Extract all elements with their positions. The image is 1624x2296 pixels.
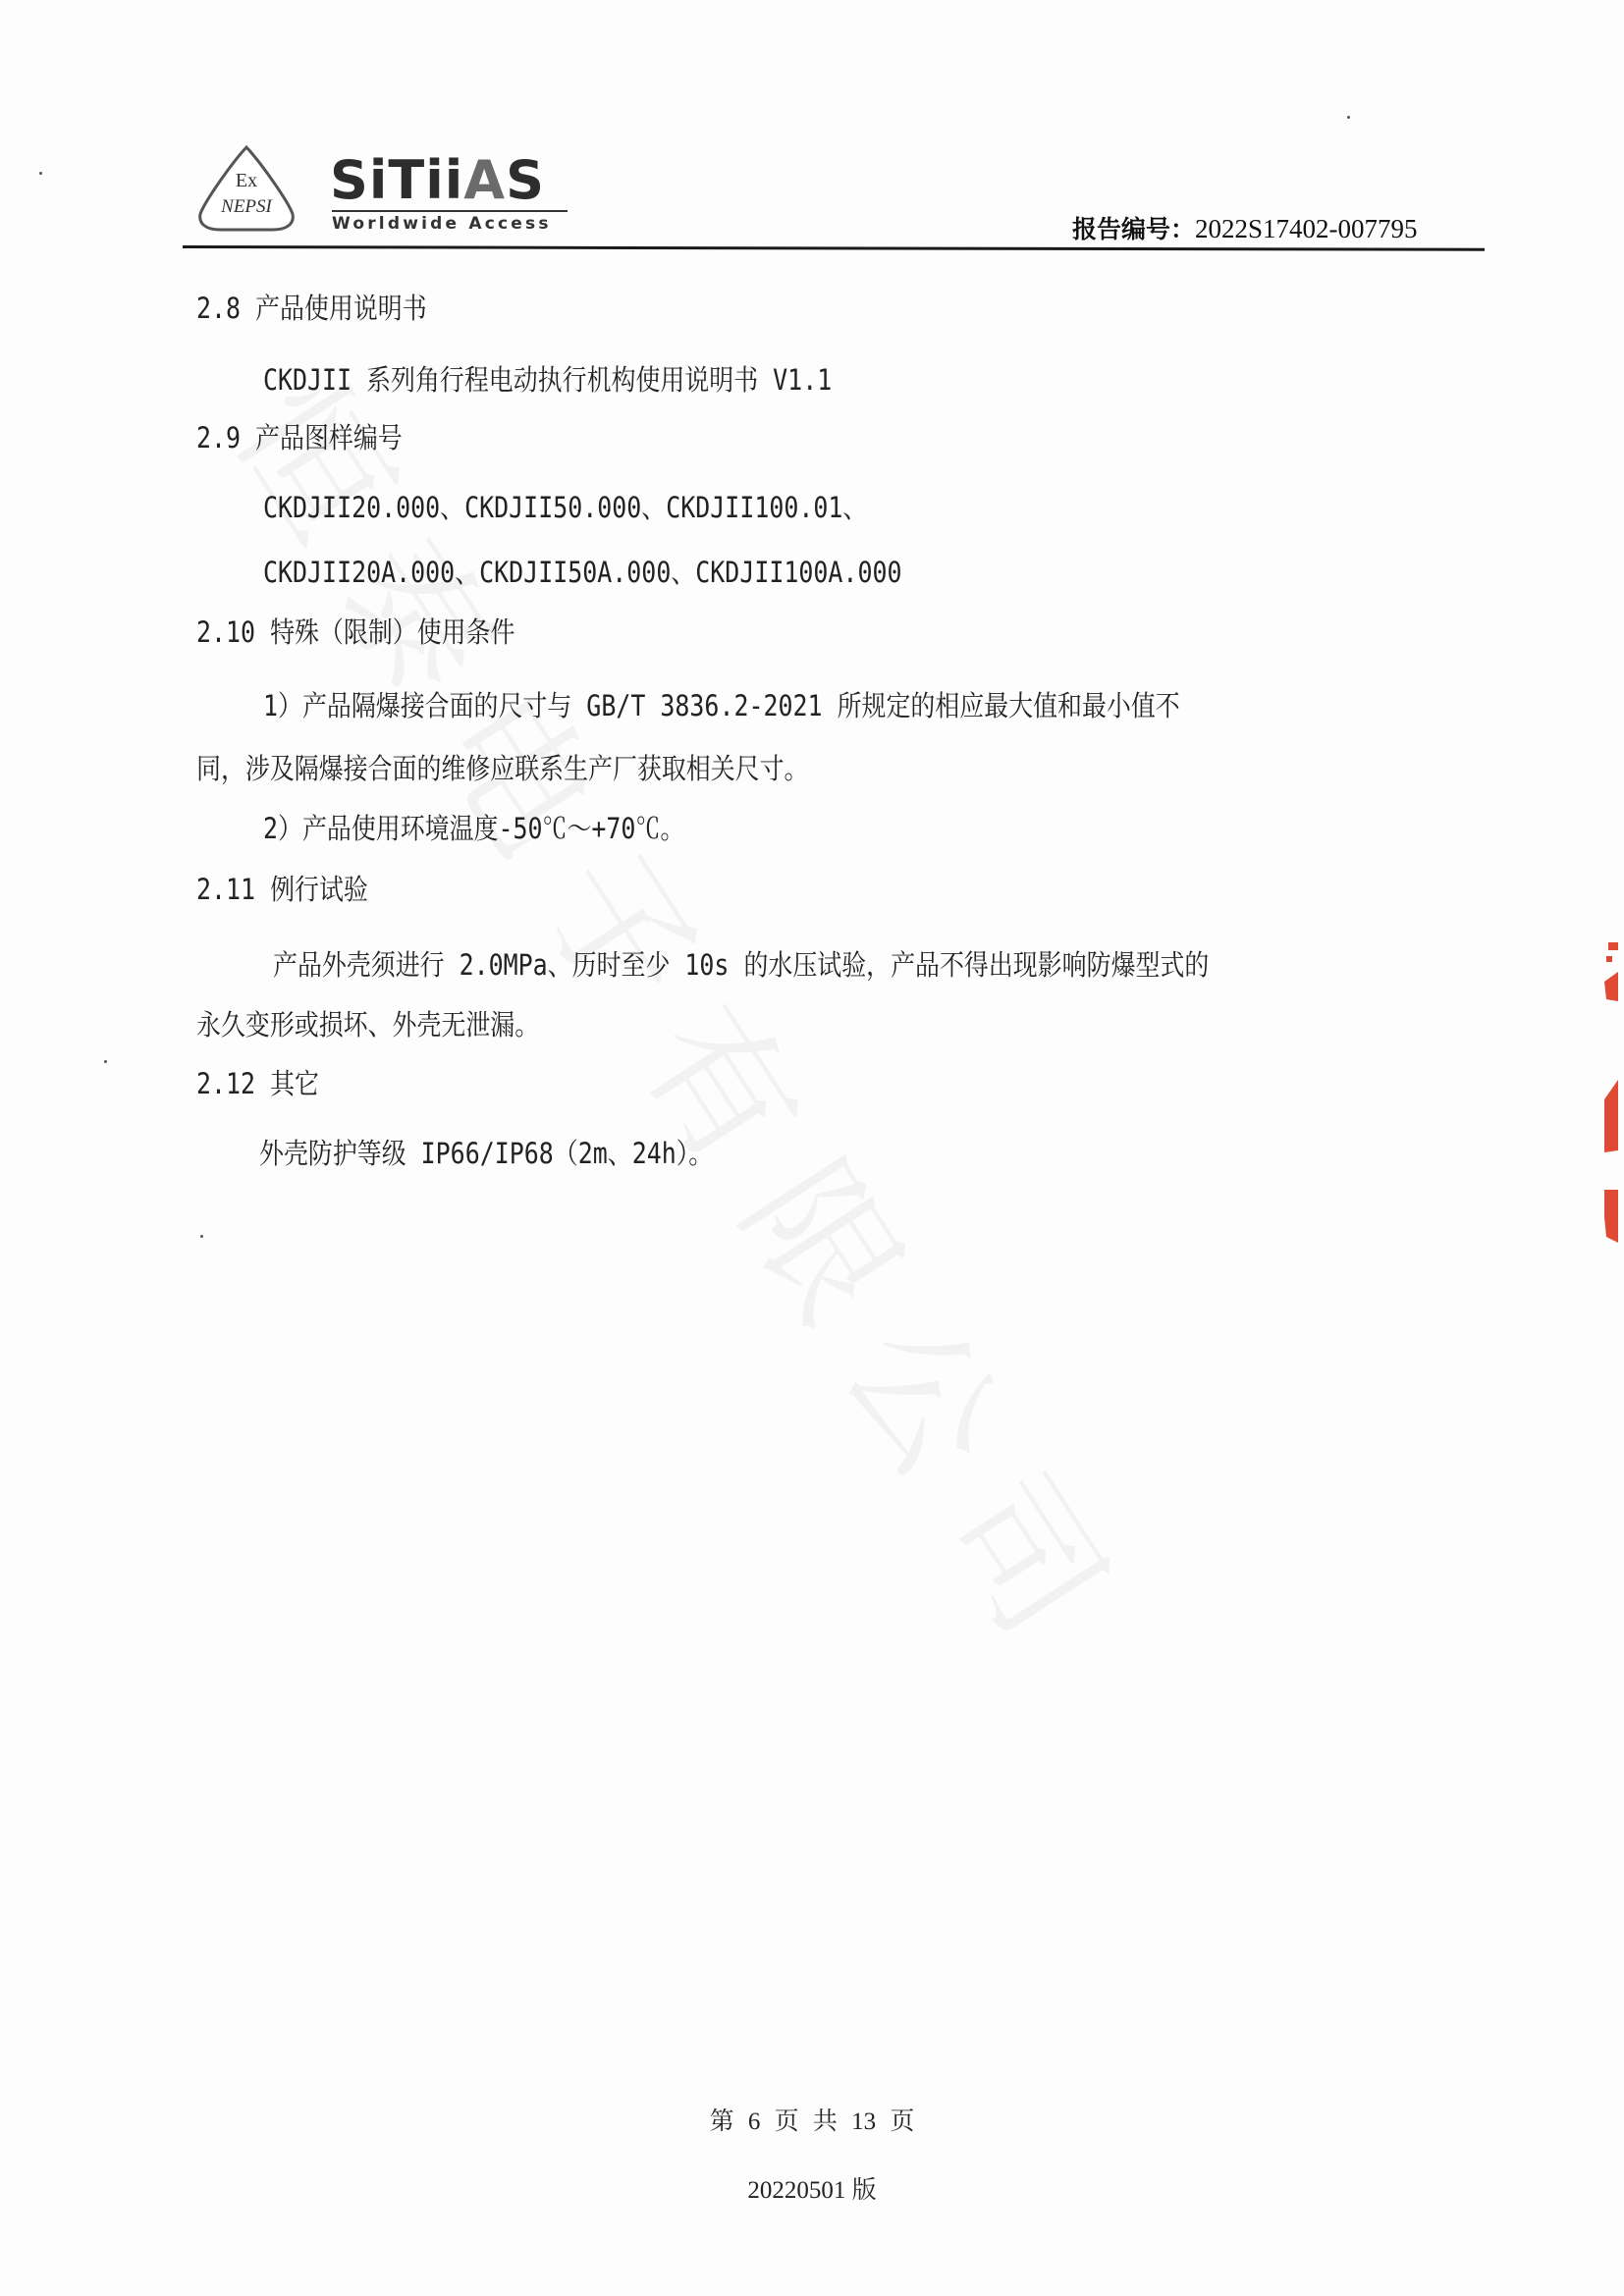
section-heading-2-9: 2.9 产品图样编号 (196, 416, 403, 456)
header-divider (183, 245, 1485, 251)
report-number-value: 2022S17402-007795 (1195, 214, 1418, 243)
section-content-2-8: CKDJII 系列角行程电动执行机构使用说明书 V1.1 (263, 358, 832, 399)
sitiias-logo: SiTiiAS Worldwide Access (330, 153, 575, 238)
brand-wordmark: SiTiiAS (330, 153, 545, 208)
brand-rule (332, 210, 568, 212)
ex-logo-line1: Ex (236, 170, 257, 191)
condition-item-1-line2: 同，涉及隔爆接合面的维修应联系生产厂获取相关尺寸。 (196, 747, 809, 787)
ex-logo-line2: NEPSI (220, 196, 273, 217)
routine-test-line1: 产品外壳须进行 2.0MPa、历时至少 10s 的水压试验，产品不得出现影响防爆… (273, 943, 1209, 984)
section-heading-2-8: 2.8 产品使用说明书 (196, 287, 427, 327)
report-number-label: 报告编号： (1072, 215, 1195, 243)
condition-item-2: 2）产品使用环境温度-50℃～+70℃。 (263, 807, 684, 847)
scan-speck (200, 1235, 203, 1238)
routine-test-line2: 永久变形或损坏、外壳无泄漏。 (196, 1003, 539, 1043)
section-content-2-12: 外壳防护等级 IP66/IP68（2m、24h）。 (259, 1132, 713, 1172)
brand-tagline: Worldwide Access (332, 214, 552, 234)
document-page: 恒泰电子有限公司 Ex NEPSI SiTiiAS Worldwide Acce… (0, 0, 1624, 2296)
version-label: 20220501 版 (0, 2170, 1624, 2206)
red-seal-fragment-icon (1598, 933, 1624, 1266)
report-number: 报告编号：2022S17402-007795 (1072, 210, 1418, 245)
drawing-numbers-line2: CKDJII20A.000、CKDJII50A.000、CKDJII100A.0… (263, 551, 901, 591)
section-heading-2-12: 2.12 其它 (196, 1062, 319, 1102)
scan-speck (39, 172, 42, 175)
drawing-numbers-line1: CKDJII20.000、CKDJII50.000、CKDJII100.01、 (263, 486, 867, 526)
condition-item-1-line1: 1）产品隔爆接合面的尺寸与 GB/T 3836.2-2021 所规定的相应最大值… (263, 684, 1180, 724)
scan-speck (104, 1060, 107, 1063)
section-heading-2-11: 2.11 例行试验 (196, 868, 368, 908)
section-heading-2-10: 2.10 特殊（限制）使用条件 (196, 611, 514, 651)
scan-speck (1347, 116, 1350, 119)
page-number: 第 6 页 共 13 页 (0, 2102, 1624, 2137)
ex-nepsi-logo-icon: Ex NEPSI (192, 143, 300, 234)
